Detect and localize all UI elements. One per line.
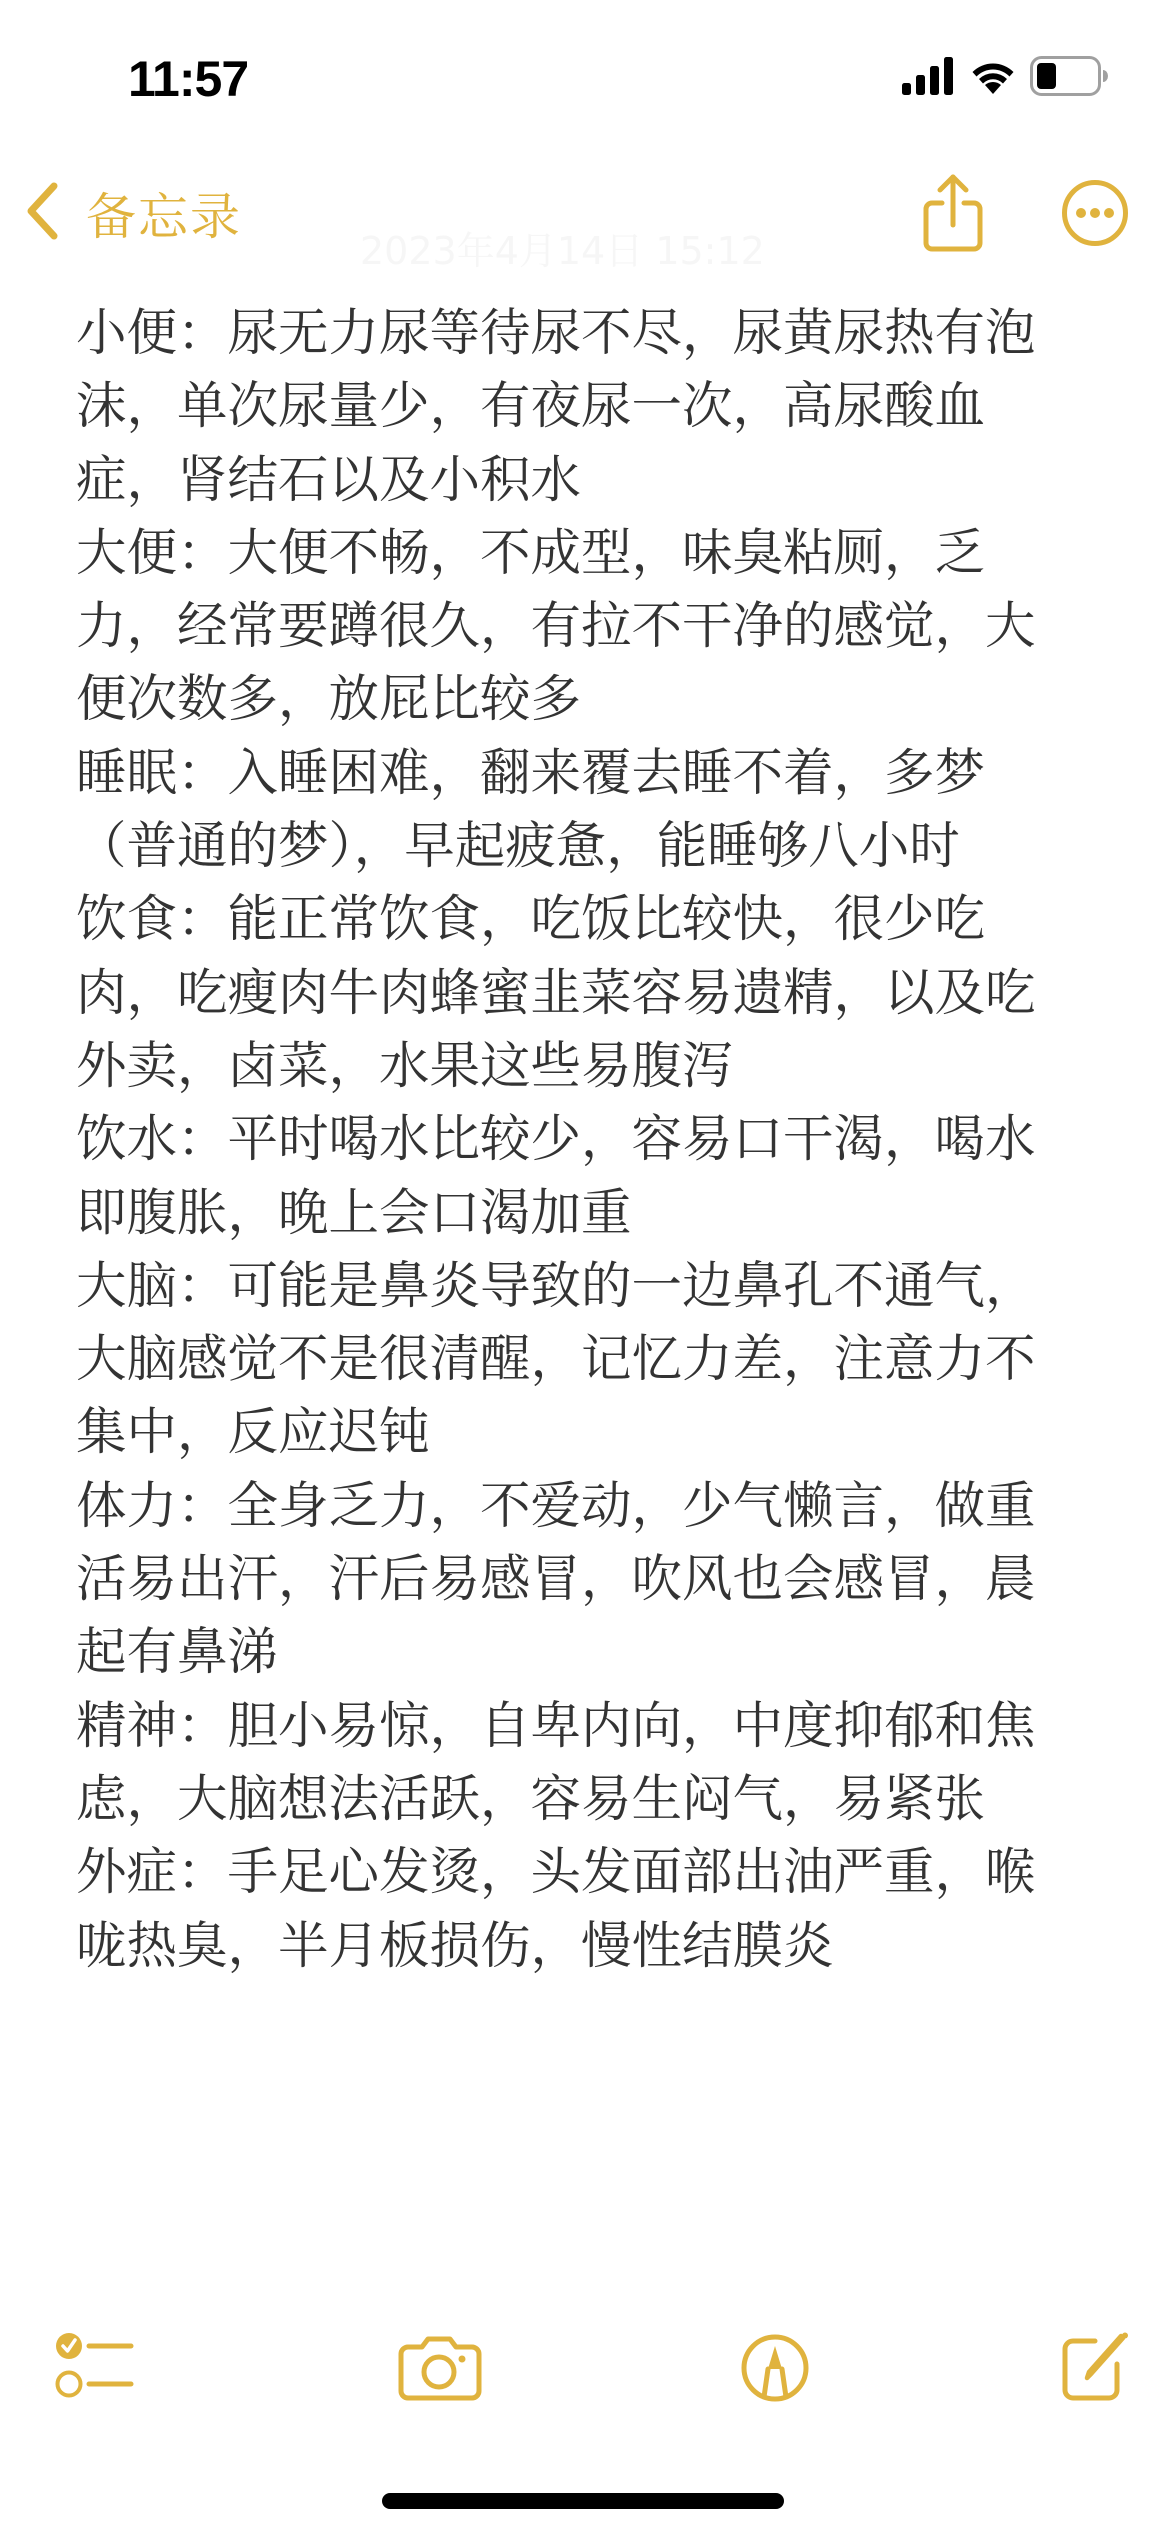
note-line: （普通的梦），早起疲惫，能睡够八小时 — [76, 809, 1106, 882]
markup-pen-icon — [740, 2333, 810, 2407]
back-label: 备忘录 — [86, 177, 242, 249]
note-line: 虑，大脑想法活跃，容易生闷气，易紧张 — [76, 1762, 1106, 1835]
back-button[interactable]: 备忘录 — [24, 178, 242, 248]
chevron-left-icon — [24, 181, 60, 245]
note-line: 肉，吃瘦肉牛肉蜂蜜韭菜容易遗精，以及吃 — [76, 956, 1106, 1029]
camera-button[interactable] — [385, 2330, 495, 2410]
note-line: 力，经常要蹲很久，有拉不干净的感觉，大 — [76, 589, 1106, 662]
note-body[interactable]: 小便：尿无力尿等待尿不尽，尿黄尿热有泡 沫，单次尿量少，有夜尿一次，高尿酸血 症… — [76, 296, 1106, 1982]
note-line: 小便：尿无力尿等待尿不尽，尿黄尿热有泡 — [76, 296, 1106, 369]
markup-button[interactable] — [720, 2330, 830, 2410]
note-line: 起有鼻涕 — [76, 1615, 1106, 1688]
note-line: 饮食：能正常饮食，吃饭比较快，很少吃 — [76, 882, 1106, 955]
ellipsis-circle-icon — [1061, 179, 1129, 251]
note-line: 症，肾结石以及小积水 — [76, 443, 1106, 516]
note-line: 外卖，卤菜，水果这些易腹泻 — [76, 1029, 1106, 1102]
note-line: 体力：全身乏力，不爱动，少气懒言，做重 — [76, 1469, 1106, 1542]
checklist-button[interactable] — [50, 2330, 140, 2410]
checklist-icon — [55, 2330, 135, 2410]
more-button[interactable] — [1050, 170, 1140, 260]
share-button[interactable] — [908, 170, 998, 260]
cellular-signal-icon — [902, 57, 956, 99]
compose-icon — [1059, 2332, 1131, 2408]
note-line: 集中，反应迟钝 — [76, 1395, 1106, 1468]
status-bar: 11:57 — [0, 0, 1170, 150]
note-date: 2023年4月14日 15:12 — [360, 220, 765, 275]
camera-icon — [398, 2335, 482, 2405]
note-line: 即腹胀，晚上会口渴加重 — [76, 1176, 1106, 1249]
note-line: 睡眠：入睡困难，翻来覆去睡不着，多梦 — [76, 736, 1106, 809]
nav-bar: 备忘录 2023年4月14日 15:12 — [0, 160, 1170, 270]
note-line: 大便：大便不畅，不成型，味臭粘厕，乏 — [76, 516, 1106, 589]
note-line: 大脑感觉不是很清醒，记忆力差，注意力不 — [76, 1322, 1106, 1395]
status-icons — [902, 56, 1108, 100]
bottom-toolbar — [0, 2330, 1170, 2430]
note-line: 便次数多，放屁比较多 — [76, 662, 1106, 735]
compose-button[interactable] — [1040, 2330, 1150, 2410]
share-icon — [922, 173, 984, 257]
battery-icon — [1030, 56, 1108, 100]
note-line: 咙热臭，半月板损伤，慢性结膜炎 — [76, 1909, 1106, 1982]
home-indicator[interactable] — [382, 2493, 784, 2509]
status-time: 11:57 — [128, 50, 248, 108]
note-line: 沫，单次尿量少，有夜尿一次，高尿酸血 — [76, 369, 1106, 442]
note-line: 外症：手足心发烫，头发面部出油严重，喉 — [76, 1835, 1106, 1908]
note-line: 精神：胆小易惊，自卑内向，中度抑郁和焦 — [76, 1689, 1106, 1762]
note-line: 饮水：平时喝水比较少，容易口干渴，喝水 — [76, 1102, 1106, 1175]
note-line: 活易出汗，汗后易感冒，吹风也会感冒，晨 — [76, 1542, 1106, 1615]
wifi-icon — [970, 58, 1016, 98]
note-line: 大脑：可能是鼻炎导致的一边鼻孔不通气， — [76, 1249, 1106, 1322]
